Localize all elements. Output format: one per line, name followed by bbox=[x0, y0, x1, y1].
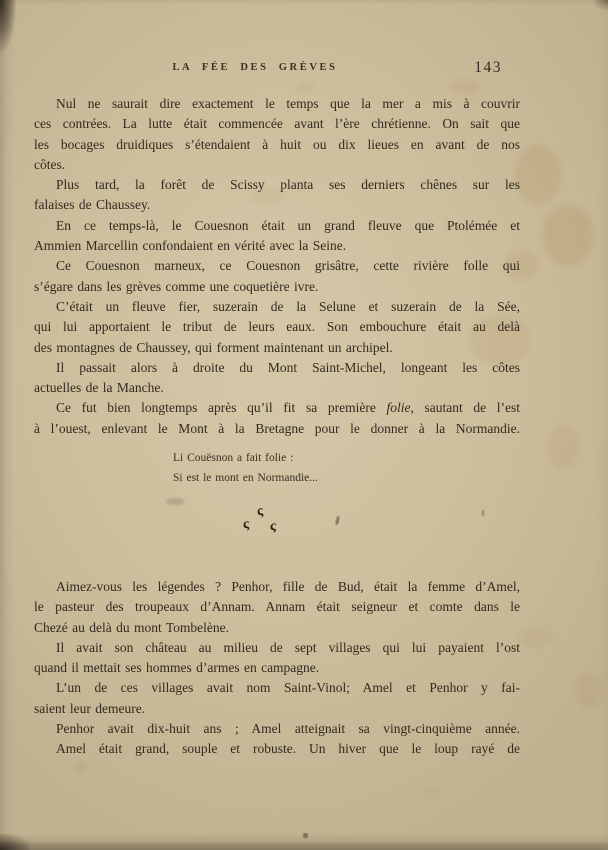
text-section-2: Aimez-vous les légendes ? Penhor, fille … bbox=[34, 577, 520, 760]
book-page-scan: LA FÉE DES GRÈVES 143 Nul ne saurait dir… bbox=[0, 0, 608, 850]
foxing-stain bbox=[542, 205, 594, 267]
paragraph: En ce temps-là, le Couesnon était un gra… bbox=[34, 216, 520, 257]
page-corner-shadow-top-left bbox=[0, 0, 16, 52]
running-header: LA FÉE DES GRÈVES 143 bbox=[34, 62, 520, 82]
fleuron-icon: ς bbox=[256, 505, 264, 520]
ink-speck bbox=[335, 516, 340, 525]
text-line: Il avait son château au milieu de sept v… bbox=[34, 638, 520, 658]
text-line: côtes. bbox=[34, 155, 520, 175]
text-line: les bocages druidiques s’étendaient à hu… bbox=[34, 135, 520, 155]
text-line: Aimez-vous les légendes ? Penhor, fille … bbox=[34, 577, 520, 597]
text-line: Plus tard, la forêt de Scissy planta ses… bbox=[34, 175, 520, 195]
text-line: quand il mettait ses hommes d’armes en c… bbox=[34, 658, 520, 678]
foxing-stain bbox=[576, 672, 600, 708]
paragraph: Il avait son château au milieu de sept v… bbox=[34, 638, 520, 679]
text-line: En ce temps-là, le Couesnon était un gra… bbox=[34, 216, 520, 236]
text-line: le pasteur des troupeaux d’Annam. Annam … bbox=[34, 597, 520, 617]
paragraph: Aimez-vous les légendes ? Penhor, fille … bbox=[34, 577, 520, 638]
text-line: des montagnes de Chaussey, qui forment m… bbox=[34, 338, 520, 358]
text-line: qui lui apportaient le tribut de leurs e… bbox=[34, 317, 520, 337]
text-segment: Ce fut bien longtemps après qu’il fit sa… bbox=[56, 400, 386, 415]
foxing-stain bbox=[76, 762, 86, 772]
text-line: Ce fut bien longtemps après qu’il fit sa… bbox=[34, 398, 520, 418]
page-corner-shadow-bottom-left bbox=[0, 834, 30, 850]
paragraph: C’était un fleuve fier, suzerain de la S… bbox=[34, 297, 520, 358]
text-line: Nul ne saurait dire exactement le temps … bbox=[34, 94, 520, 114]
text-line: falaises de Chaussey. bbox=[34, 195, 520, 215]
text-segment: , sautant de l’est bbox=[410, 400, 520, 415]
paragraph: Amel était grand, souple et robuste. Un … bbox=[34, 739, 520, 759]
text-line: saient leur demeure. bbox=[34, 699, 520, 719]
text-line: L’un de ces villages avait nom Saint-Vin… bbox=[34, 678, 520, 698]
verse-line: Li Couësnon a fait folie : bbox=[173, 449, 318, 469]
ink-speck bbox=[482, 510, 484, 516]
text-line: Il passait alors à droite du Mont Saint-… bbox=[34, 358, 520, 378]
text-line: actuelles de la Manche. bbox=[34, 378, 520, 398]
text-line: C’était un fleuve fier, suzerain de la S… bbox=[34, 297, 520, 317]
foxing-stain bbox=[450, 80, 480, 94]
text-section-1: Nul ne saurait dire exactement le temps … bbox=[34, 94, 520, 439]
paragraph: L’un de ces villages avait nom Saint-Vin… bbox=[34, 678, 520, 719]
fleuron-icon: ς bbox=[243, 518, 250, 532]
text-line: Ammien Marcellin confondaient en vérité … bbox=[34, 236, 520, 256]
text-line: à l’ouest, enlevant le Mont à la Bretagn… bbox=[34, 419, 520, 439]
foxing-stain bbox=[548, 425, 578, 469]
text-line: s’égare dans les grèves comme une coquet… bbox=[34, 277, 520, 297]
foxing-stain bbox=[520, 628, 552, 648]
paragraph: Plus tard, la forêt de Scissy planta ses… bbox=[34, 175, 520, 216]
pencil-smudge bbox=[166, 498, 184, 505]
paragraph: Penhor avait dix-huit ans ; Amel atteign… bbox=[34, 719, 520, 739]
ink-speck bbox=[303, 833, 308, 838]
running-header-title: LA FÉE DES GRÈVES bbox=[34, 62, 476, 73]
section-break-ornament: ς ς ς bbox=[240, 505, 292, 551]
italic-word: folie bbox=[386, 400, 410, 415]
text-line: Penhor avait dix-huit ans ; Amel atteign… bbox=[34, 719, 520, 739]
text-line: Chezé au delà du mont Tombelène. bbox=[34, 618, 520, 638]
page-corner-shadow-top-right bbox=[594, 0, 608, 10]
page-number: 143 bbox=[474, 59, 502, 77]
fleuron-icon: ς bbox=[270, 520, 276, 534]
paragraph: Ce fut bien longtemps après qu’il fit sa… bbox=[34, 398, 520, 439]
text-line: Ce Couesnon marneux, ce Couesnon grisâtr… bbox=[34, 256, 520, 276]
verse-quote: Li Couësnon a fait folie : Si est le mon… bbox=[173, 449, 318, 488]
text-line: Amel était grand, souple et robuste. Un … bbox=[34, 739, 520, 759]
text-line: ces contrées. La lutte était commencée a… bbox=[34, 114, 520, 134]
foxing-stain bbox=[424, 786, 440, 796]
verse-line: Si est le mont en Normandie... bbox=[173, 469, 318, 489]
paragraph: Nul ne saurait dire exactement le temps … bbox=[34, 94, 520, 175]
foxing-stain bbox=[296, 82, 316, 92]
paragraph: Il passait alors à droite du Mont Saint-… bbox=[34, 358, 520, 399]
paragraph: Ce Couesnon marneux, ce Couesnon grisâtr… bbox=[34, 256, 520, 297]
foxing-stain bbox=[515, 145, 561, 205]
